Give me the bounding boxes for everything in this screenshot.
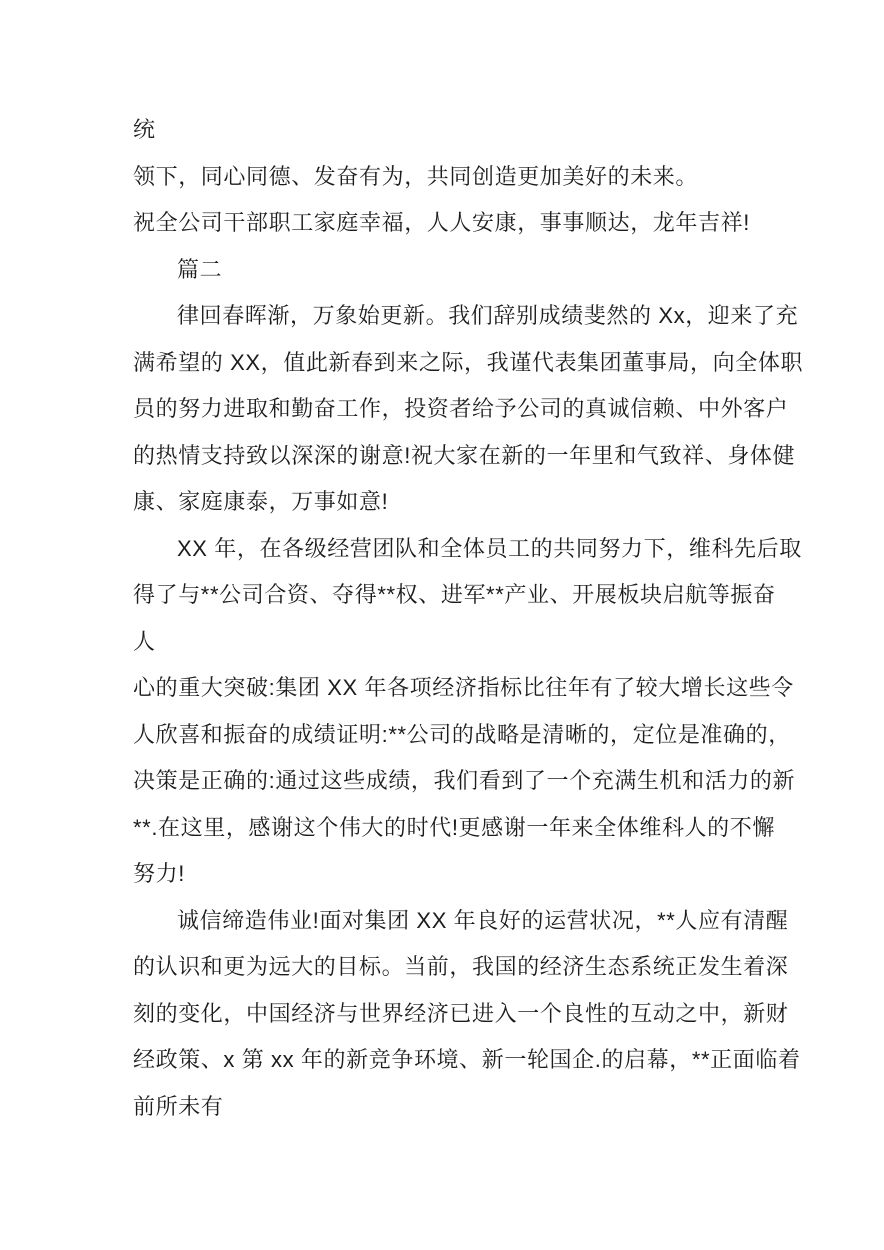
document-text-line: 努力! xyxy=(133,851,759,898)
document-text-line: 满希望的 XX，值此新春到来之际，我谨代表集团董事局，向全体职 xyxy=(133,340,759,387)
document-text-line: 的热情支持致以深深的谢意!祝大家在新的一年里和气致祥、身体健 xyxy=(133,433,759,480)
document-text-line: 篇二 xyxy=(133,247,759,294)
document-text-line: 人欣喜和振奋的成绩证明:**公司的战略是清晰的，定位是准确的， xyxy=(133,712,759,759)
document-text-line: 律回春晖渐，万象始更新。我们辞别成绩斐然的 Xx，迎来了充 xyxy=(133,293,759,340)
document-text-line: 诚信缔造伟业!面对集团 XX 年良好的运营状况，**人应有清醒 xyxy=(133,898,759,945)
document-text-line: 刻的变化，中国经济与世界经济已进入一个良性的互动之中，新财 xyxy=(133,991,759,1038)
document-text-line: 祝全公司干部职工家庭幸福，人人安康，事事顺达，龙年吉祥! xyxy=(133,200,759,247)
document-text-line: 员的努力进取和勤奋工作，投资者给予公司的真诚信赖、中外客户 xyxy=(133,386,759,433)
document-text-line: 经政策、x 第 xx 年的新竞争环境、新一轮国企.的启幕，**正面临着 xyxy=(133,1037,759,1084)
document-text-line: 决策是正确的:通过这些成绩，我们看到了一个充满生机和活力的新 xyxy=(133,758,759,805)
document-text-line: XX 年，在各级经营团队和全体员工的共同努力下，维科先后取 xyxy=(133,526,759,573)
document-text-line: 统 xyxy=(133,107,759,154)
document-text-line: 康、家庭康泰，万事如意! xyxy=(133,479,759,526)
document-text-line: 得了与**公司合资、夺得**权、进军**产业、开展板块启航等振奋 xyxy=(133,572,759,619)
document-text-block: 统领下，同心同德、发奋有为，共同创造更加美好的未来。祝全公司干部职工家庭幸福，人… xyxy=(133,107,759,1130)
document-text-line: 领下，同心同德、发奋有为，共同创造更加美好的未来。 xyxy=(133,154,759,201)
document-page: 统领下，同心同德、发奋有为，共同创造更加美好的未来。祝全公司干部职工家庭幸福，人… xyxy=(0,0,884,1250)
document-text-line: 心的重大突破:集团 XX 年各项经济指标比往年有了较大增长这些令 xyxy=(133,665,759,712)
document-text-line: 前所未有 xyxy=(133,1084,759,1131)
document-text-line: **.在这里，感谢这个伟大的时代!更感谢一年来全体维科人的不懈 xyxy=(133,805,759,852)
document-text-line: 的认识和更为远大的目标。当前，我国的经济生态系统正发生着深 xyxy=(133,944,759,991)
document-text-line: 人 xyxy=(133,619,759,666)
